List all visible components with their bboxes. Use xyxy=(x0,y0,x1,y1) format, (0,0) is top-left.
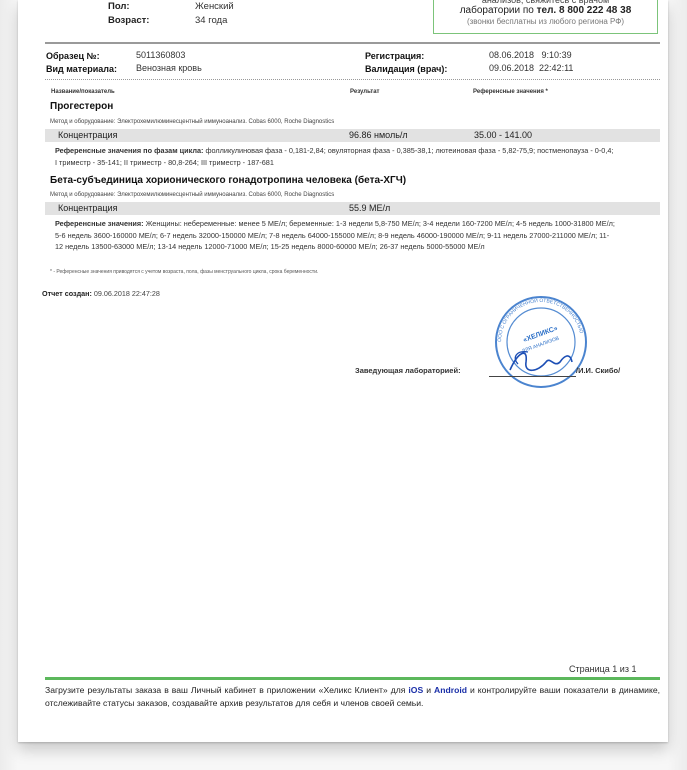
material-label: Вид материала: xyxy=(46,64,117,74)
dotted-divider xyxy=(45,79,660,80)
reference-notes-beta-hcg: Референсные значения: Женщины: неберемен… xyxy=(55,218,615,253)
registration-value: 08.06.2018 9:10:39 xyxy=(489,50,572,60)
material-value: Венозная кровь xyxy=(136,63,202,73)
test-title-beta-hcg: Бета-субъединица хорионического гонадотр… xyxy=(50,175,406,186)
column-header-name: Название/показатель xyxy=(51,89,115,95)
test-method-beta-hcg: Метод и оборудование: Электрохемилюминес… xyxy=(50,192,334,198)
ios-link[interactable]: iOS xyxy=(408,685,423,695)
lab-stamp-icon: ООО С ОГРАНИЧЕННОЙ ОТВЕТСТВЕННОСТЬЮ «ХЕЛ… xyxy=(488,292,594,392)
contact-line-2: (звонки бесплатны из любого региона РФ) xyxy=(434,17,657,26)
signature-name: /И.И. Скибо/ xyxy=(576,366,620,375)
report-created-value: 09.06.2018 22:47:28 xyxy=(92,289,160,298)
lab-report-page: Пол: Женский Возраст: 34 года анализов, … xyxy=(18,0,668,742)
sample-number-value: 5011360803 xyxy=(136,50,185,60)
reference-notes-progesterone: Референсные значения по фазам цикла: фол… xyxy=(55,145,615,168)
page-number: Страница 1 из 1 xyxy=(569,664,636,674)
app-promo-text: Загрузите результаты заказа в ваш Личный… xyxy=(45,684,660,710)
test-method-progesterone: Метод и оборудование: Электрохемилюминес… xyxy=(50,119,334,125)
contact-box: анализов, свяжитесь с врачом лаборатории… xyxy=(433,0,658,34)
contact-prefix: лаборатории по xyxy=(460,5,537,16)
sample-number-label: Образец №: xyxy=(46,51,100,61)
param-label: Концентрация xyxy=(58,203,117,213)
result-value: 55.9 МЕ/л xyxy=(349,203,390,213)
report-created-label: Отчет создан: xyxy=(42,289,92,298)
signature-line xyxy=(489,376,576,377)
promo-text-2: и xyxy=(423,685,434,695)
column-header-reference: Референсные значения * xyxy=(473,89,548,95)
age-value: 34 года xyxy=(195,15,227,26)
report-created: Отчет создан: 09.06.2018 22:47:28 xyxy=(42,289,160,298)
validation-value: 09.06.2018 22:42:11 xyxy=(489,63,573,73)
header-divider xyxy=(45,42,660,44)
result-value: 96.86 нмоль/л xyxy=(349,130,408,140)
android-link[interactable]: Android xyxy=(434,685,467,695)
footnote: * - Референсные значения приводятся с уч… xyxy=(50,269,318,275)
column-header-result: Результат xyxy=(350,89,379,95)
contact-phone[interactable]: тел. 8 800 222 48 38 xyxy=(537,5,632,16)
param-label: Концентрация xyxy=(58,130,117,140)
age-label: Возраст: xyxy=(108,15,149,26)
reference-value: 35.00 - 141.00 xyxy=(474,130,532,140)
sex-value: Женский xyxy=(195,1,234,12)
signature-label: Заведующая лабораторией: xyxy=(355,366,461,375)
reference-notes-label: Референсные значения по фазам цикла: xyxy=(55,146,203,155)
test-title-progesterone: Прогестерон xyxy=(50,101,113,112)
reference-notes-label: Референсные значения: xyxy=(55,219,144,228)
validation-label: Валидация (врач): xyxy=(365,64,447,74)
contact-line-1: лаборатории по тел. 8 800 222 48 38 xyxy=(434,5,657,16)
registration-label: Регистрация: xyxy=(365,51,424,61)
sex-label: Пол: xyxy=(108,1,130,12)
footer-divider xyxy=(45,677,660,680)
promo-text-1: Загрузите результаты заказа в ваш Личный… xyxy=(45,685,408,695)
